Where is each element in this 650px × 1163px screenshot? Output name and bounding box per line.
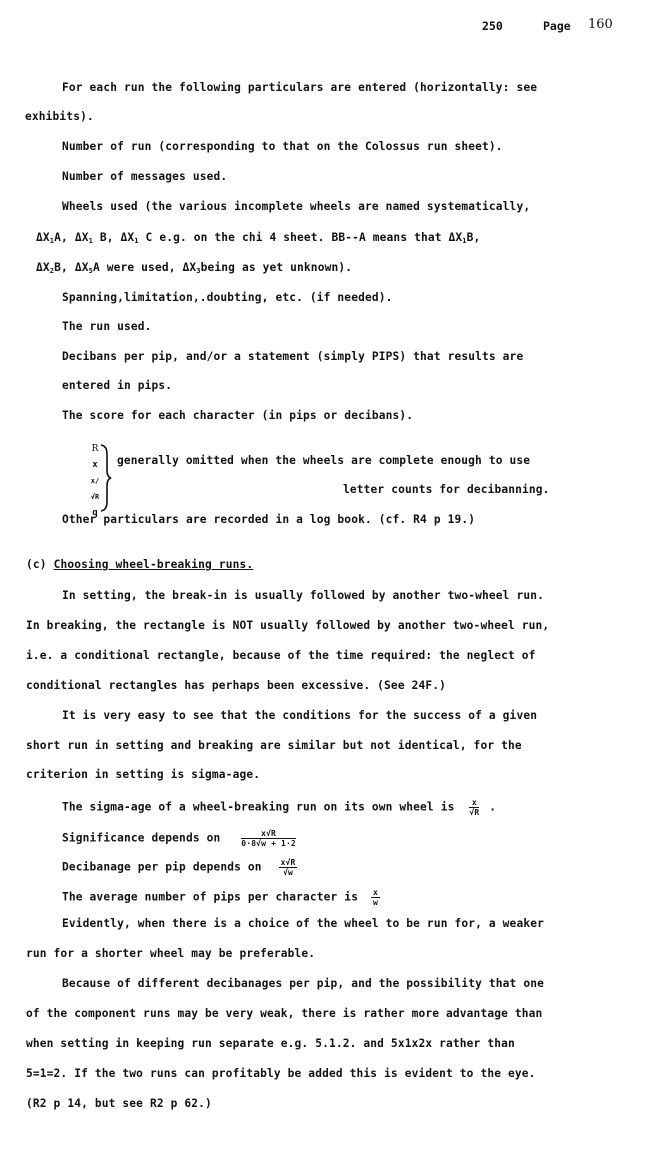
intro-line-1: For each run the following particulars a…	[62, 81, 537, 95]
bracket-line-2: letter counts for decibanning.	[343, 483, 550, 497]
particular-decibans-line-1: Decibans per pip, and/or a statement (si…	[62, 350, 523, 364]
section-label: (c)	[26, 558, 47, 571]
particular-run-used: The run used.	[62, 320, 152, 334]
para1-line-3: i.e. a conditional rectangle, because of…	[26, 649, 536, 663]
bracket-line-1: generally omitted when the wheels are co…	[117, 454, 530, 468]
delta-chi: ΔX	[36, 231, 50, 244]
numerator: x√R	[241, 829, 296, 839]
particular-score: The score for each character (in pips or…	[62, 409, 413, 423]
delta-chi: ΔX	[36, 261, 50, 274]
significance-formula: x√R0·8√w + 1·2	[241, 829, 296, 848]
para4-line-4: 5=1=2. If the two runs can profitably be…	[26, 1067, 536, 1081]
particular-number-of-run: Number of run (corresponding to that on …	[62, 140, 503, 154]
numerator: x√R	[279, 858, 298, 868]
particular-wheels-line-3: ΔX2B, ΔX5A were used, ΔX3being as yet un…	[36, 261, 352, 278]
page-number: 160	[588, 17, 613, 32]
particular-spanning: Spanning,limitation,.doubting, etc. (if …	[62, 291, 393, 305]
para2-line-3: criterion in setting is sigma-age.	[26, 768, 260, 782]
sigma-age-formula: x√R	[469, 798, 479, 817]
avg-pips-line: The average number of pips per character…	[62, 888, 383, 907]
decibanage-line: Decibanage per pip depends on x√R√w	[62, 858, 300, 877]
section-title: Choosing wheel-breaking runs.	[54, 558, 254, 571]
para1-line-1: In setting, the break-in is usually foll…	[62, 589, 544, 603]
avg-pips-formula: xw	[371, 888, 380, 907]
numerator: x	[371, 888, 380, 898]
text: C e.g. on the chi 4 sheet. BB--A means t…	[139, 231, 463, 244]
para4-line-5: (R2 p 14, but see R2 p 62.)	[26, 1097, 212, 1111]
particular-log-book: Other particulars are recorded in a log …	[62, 513, 475, 527]
denominator: 0·8√w + 1·2	[241, 839, 296, 848]
para4-line-3: when setting in keeping run separate e.g…	[26, 1037, 515, 1051]
para4-line-2: of the component runs may be very weak, …	[26, 1007, 542, 1021]
para3-line-1: Evidently, when there is a choice of the…	[62, 917, 544, 931]
text: A were used, ΔX	[93, 261, 196, 274]
text: B,	[467, 231, 481, 244]
particular-decibans-line-2: entered in pips.	[62, 379, 172, 393]
decibanage-formula: x√R√w	[279, 858, 298, 877]
denominator: √R	[469, 808, 479, 817]
para4-line-1: Because of different decibanages per pip…	[62, 977, 544, 991]
denominator: w	[371, 898, 380, 907]
significance-text: Significance depends on	[62, 832, 220, 845]
text: A, ΔX	[54, 231, 88, 244]
numerator: x	[469, 798, 479, 808]
sigma-age-line: The sigma-age of a wheel-breaking run on…	[62, 798, 496, 817]
para3-line-2: run for a shorter wheel may be preferabl…	[26, 947, 315, 961]
text: being as yet unknown).	[201, 261, 352, 274]
denominator: √w	[279, 868, 298, 877]
text: B, ΔX	[93, 231, 134, 244]
particular-wheels-line-1: Wheels used (the various incomplete whee…	[62, 200, 530, 214]
para2-line-1: It is very easy to see that the conditio…	[62, 709, 537, 723]
para1-line-4: conditional rectangles has perhaps been …	[26, 679, 446, 693]
intro-line-2: exhibits).	[25, 110, 94, 124]
particular-wheels-line-2: ΔX1A, ΔX1 B, ΔX1 C e.g. on the chi 4 she…	[36, 231, 480, 248]
page-label: Page	[543, 19, 571, 33]
text: B, ΔX	[54, 261, 88, 274]
decibanage-text: Decibanage per pip depends on	[62, 861, 262, 874]
document-number: 250	[482, 19, 503, 33]
section-c-heading: (c) Choosing wheel-breaking runs.	[26, 558, 253, 572]
particular-number-of-messages: Number of messages used.	[62, 170, 227, 184]
curly-brace-icon	[100, 444, 112, 512]
avg-pips-text: The average number of pips per character…	[62, 891, 358, 904]
sigma-age-text: The sigma-age of a wheel-breaking run on…	[62, 801, 454, 814]
significance-line: Significance depends on x√R0·8√w + 1·2	[62, 829, 299, 848]
para2-line-2: short run in setting and breaking are si…	[26, 739, 522, 753]
para1-line-2: In breaking, the rectangle is NOT usuall…	[26, 619, 549, 633]
